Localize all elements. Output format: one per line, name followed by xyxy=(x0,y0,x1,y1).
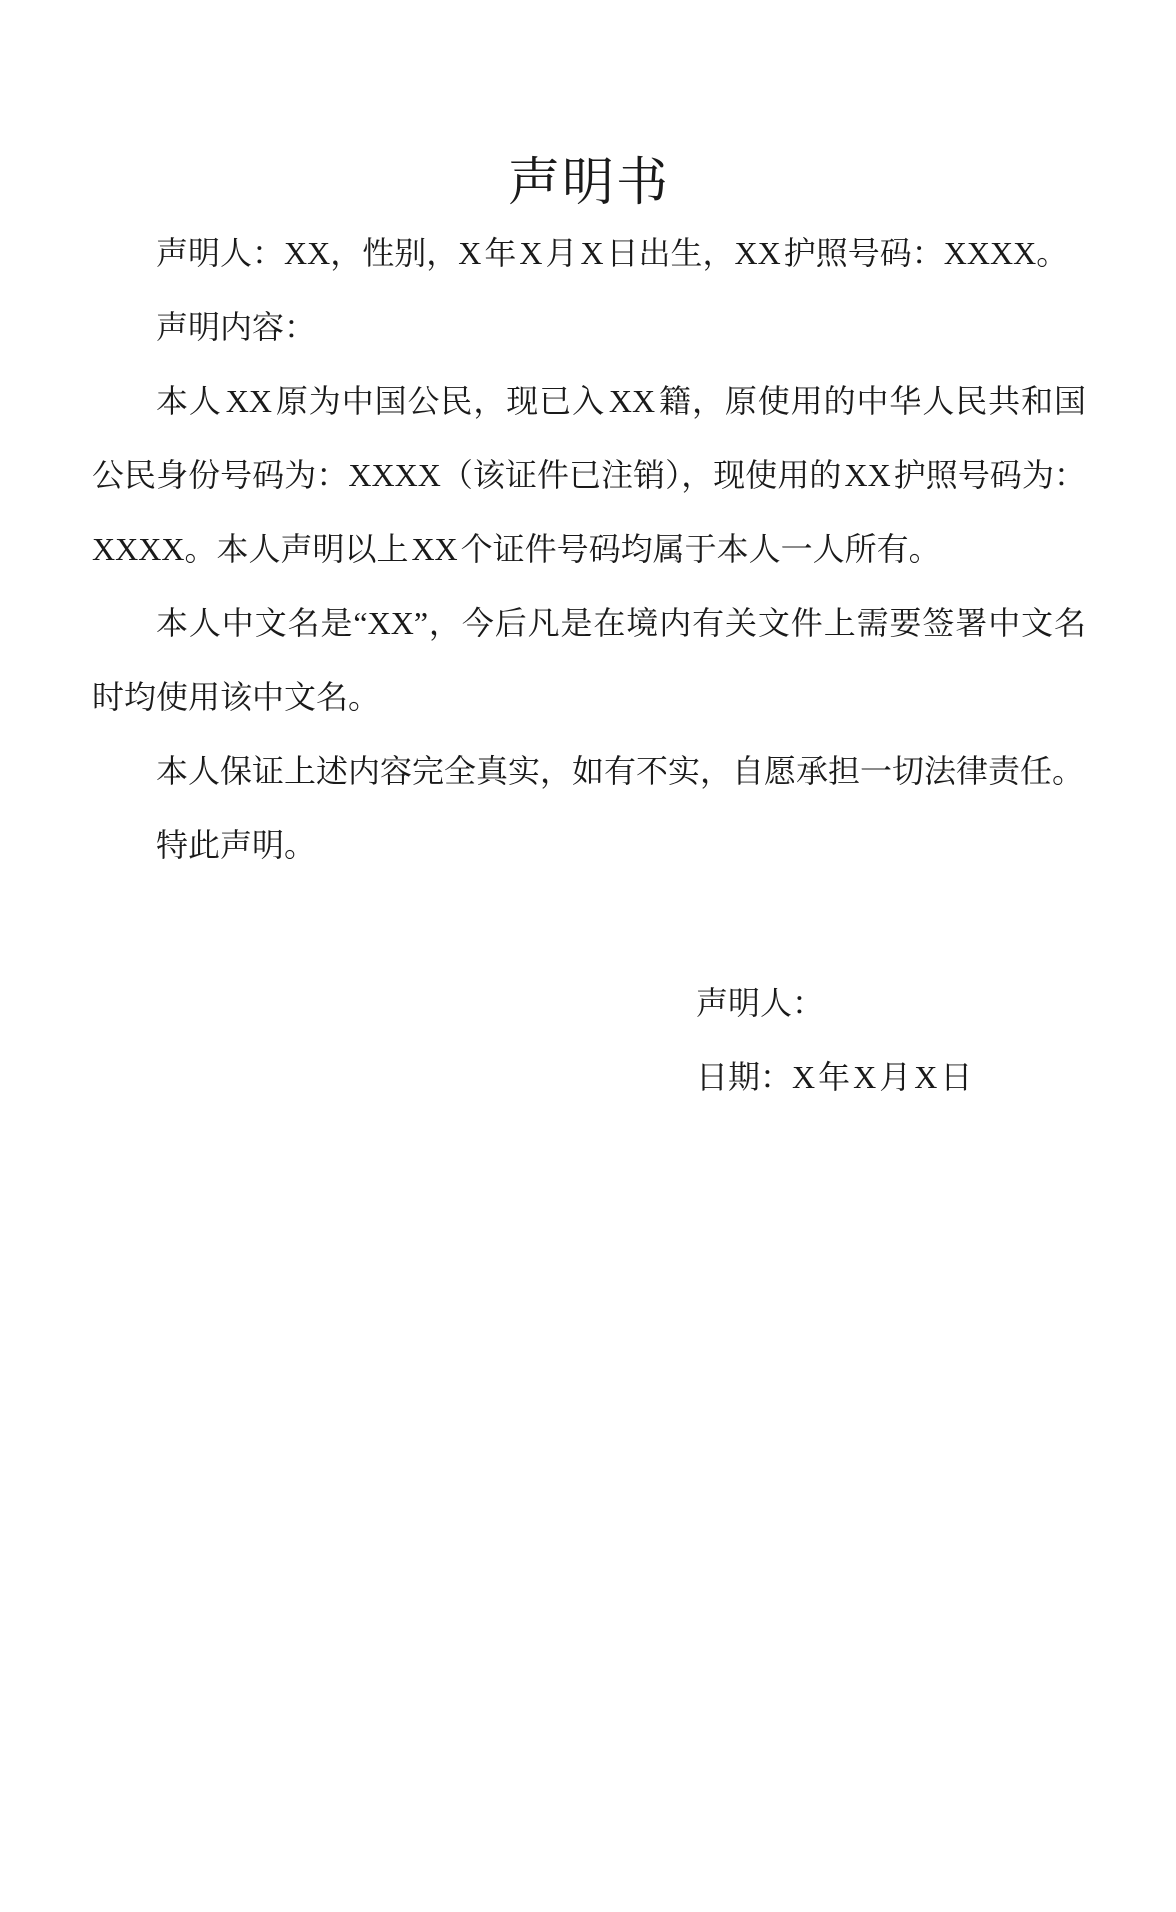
document-page: 声明书 声明人：XX，性别，X 年 X 月 X 日出生，XX 护照号码：XXXX… xyxy=(0,0,1176,1912)
para-content-label: 声明内容： xyxy=(92,290,1086,364)
signature-block: 声明人： 日期：X 年 X 月 X 日 xyxy=(696,966,1086,1114)
para-guarantee: 本人保证上述内容完全真实，如有不实，自愿承担一切法律责任。 xyxy=(92,734,1086,808)
para-declarant-info: 声明人：XX，性别，X 年 X 月 X 日出生，XX 护照号码：XXXX。 xyxy=(92,216,1086,290)
signature-signer-line: 声明人： xyxy=(696,966,1086,1040)
para-citizenship-statement: 本人 XX 原为中国公民，现已入 XX 籍，原使用的中华人民共和国公民身份号码为… xyxy=(92,364,1086,586)
signature-date-line: 日期：X 年 X 月 X 日 xyxy=(696,1040,1086,1114)
document-title: 声明书 xyxy=(92,0,1086,216)
para-chinese-name: 本人中文名是“XX”，今后凡是在境内有关文件上需要签署中文名时均使用该中文名。 xyxy=(92,586,1086,734)
para-closing: 特此声明。 xyxy=(92,808,1086,882)
